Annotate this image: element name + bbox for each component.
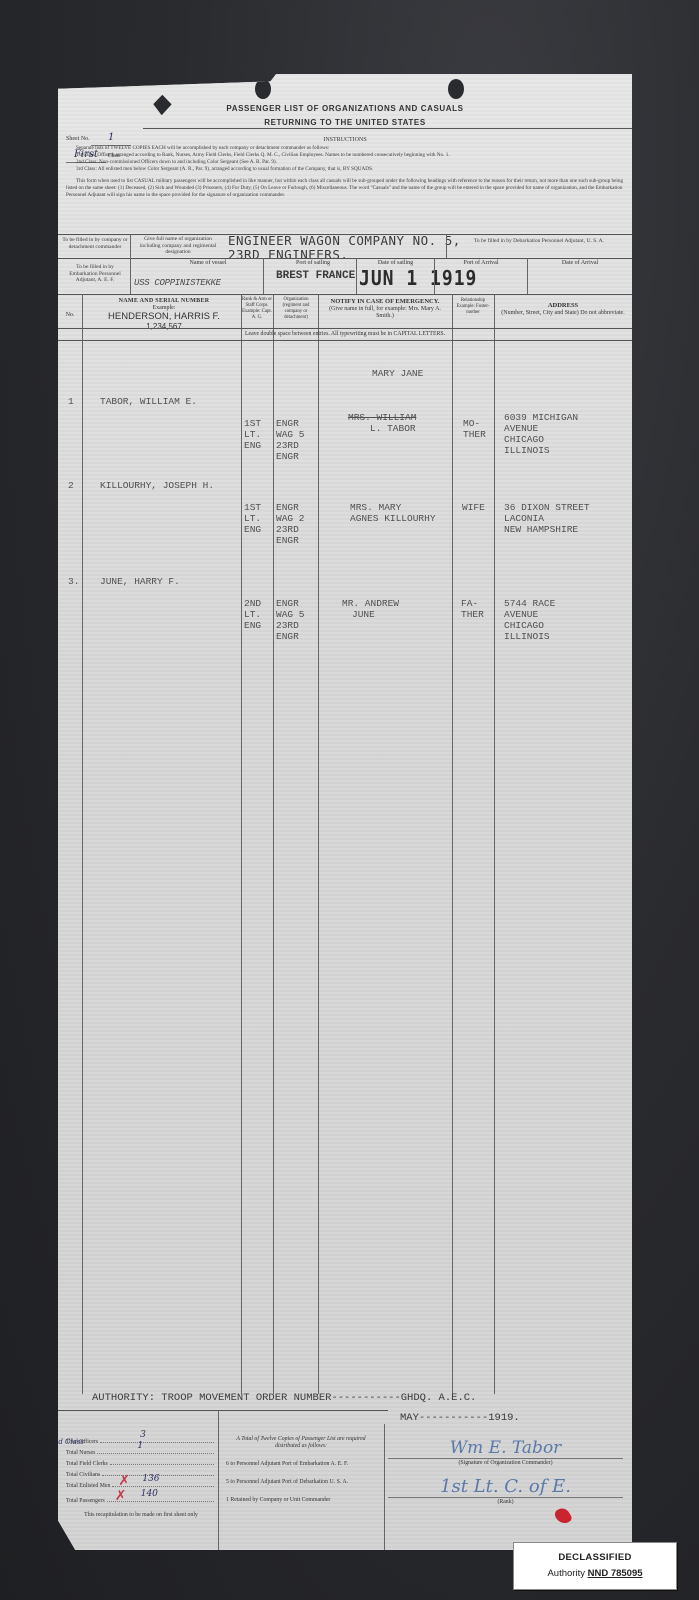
entry-organization: ENGRWAG 523RDENGR: [276, 576, 310, 664]
entry-number: 3.: [68, 576, 79, 587]
vessel-label: Name of vessel: [148, 260, 268, 267]
distribution-item-1: 6 to Personnel Adjutant Port of Embarkat…: [226, 1461, 376, 1468]
entry-number: 2: [68, 480, 74, 491]
total-passengers-label: Total Passengers: [66, 1496, 105, 1506]
entry-rank: 2NDLT.ENG: [244, 576, 278, 653]
column-header-name: NAME AND SERIAL NUMBER Example: HENDERSO…: [84, 298, 244, 331]
entry-relationship: FA-THER: [461, 576, 495, 642]
instructions-block: INSTRUCTIONS Separate lists of TWELVE CO…: [66, 137, 624, 199]
commander-rank: 1st Lt. C. of E.: [388, 1476, 623, 1497]
nurses-handwritten-note: 2nd Class: [49, 1437, 84, 1447]
authority-line: AUTHORITY: TROOP MOVEMENT ORDER NUMBER--…: [92, 1392, 476, 1404]
red-strike-mark: ✗: [118, 1476, 130, 1486]
entry-organization: ENGRWAG 223RDENGR: [276, 480, 310, 568]
total-civilians-label: Total Civilians: [66, 1470, 100, 1480]
notify-header-sub: (Give name in full, for example: Mrs. Ma…: [320, 306, 450, 320]
title-line-2: RETURNING TO THE UNITED STATES: [58, 118, 632, 127]
port-sailing-label: Port of sailing: [268, 260, 358, 267]
signature-label: (Signature of Organization Commander): [388, 1458, 623, 1466]
column-header-notify: NOTIFY IN CASE OF EMERGENCY. (Give name …: [320, 298, 450, 320]
instructions-para-2: 1st Class: Officers arranged according t…: [66, 152, 624, 159]
date-arrival-label: Date of Arrival: [530, 260, 630, 267]
notify-header-text: NOTIFY IN CASE OF EMERGENCY.: [320, 298, 450, 306]
passenger-list-document: Sheet No. 1 First Class PASSENGER LIST O…: [58, 74, 632, 1550]
punch-hole-left: [255, 79, 271, 99]
entry-address: 5744 RACEAVENUECHICAGOILLINOIS: [504, 576, 555, 664]
total-passengers-value: 140: [141, 1489, 158, 1499]
column-header-rank: Rank & Arm or Staff Corps. Example: Capt…: [242, 297, 272, 321]
instructions-para-4: 3rd Class: All enlisted men below Color …: [66, 166, 624, 173]
total-nurses-value: 1: [137, 1441, 143, 1451]
declassified-authority-value: NND 785095: [588, 1568, 643, 1579]
entry-relationship: WIFE: [462, 480, 496, 535]
entry-rank: 1STLT.ENG: [244, 396, 278, 473]
entry-name: TABOR, WILLIAM E.: [100, 396, 197, 407]
distribution-item-2: 5 to Personnel Adjutant Port of Debarkat…: [226, 1479, 376, 1486]
distribution-block: A Total of Twelve Copies of Passenger Li…: [226, 1436, 376, 1515]
org-name-line-1: ENGINEER WAGON COMPANY NO. 5,: [228, 234, 461, 248]
distribution-item-3: 1 Retained by Company or Unit Commander: [226, 1497, 376, 1504]
notify-correction: MARY JANE: [372, 368, 423, 379]
entry-name: JUNE, HARRY F.: [100, 576, 180, 587]
entry-relationship: MO-THER: [463, 396, 497, 462]
column-header-relationship: Relationship Example: Foster-mother: [454, 298, 492, 316]
totals-block: Total Officers3 Total Nurses2nd Class1 T…: [66, 1436, 216, 1519]
title-rule: [143, 128, 632, 129]
vessel-value: USS COPPINISTEKKE: [134, 278, 221, 288]
column-header-no: No.: [58, 312, 82, 319]
spacing-note: Leave double space between entries. All …: [58, 331, 632, 338]
column-header-organization: Organization (regiment and company or de…: [274, 297, 318, 321]
total-field-clerks-label: Total Field Clerks: [66, 1459, 108, 1469]
commander-signature: Wm E. Tabor: [388, 1438, 623, 1458]
filled-by-company-label: To be filled in by company or detachment…: [62, 237, 128, 250]
port-sailing-value: BREST FRANCE: [276, 270, 355, 282]
declassified-authority-label: Authority: [547, 1568, 585, 1579]
declassified-title: DECLASSIFIED: [514, 1552, 676, 1563]
rank-label: (Rank): [388, 1497, 623, 1505]
red-strike-mark: ✗: [115, 1491, 127, 1501]
instructions-para-3: 2nd Class: Non-commissioned Officers dow…: [66, 159, 624, 166]
title-line-1: PASSENGER LIST OF ORGANIZATIONS AND CASU…: [58, 104, 632, 113]
port-arrival-label: Port of Arrival: [436, 260, 526, 267]
entry-notify: MRS. MARYAGNES KILLOURHY: [350, 480, 436, 546]
entry-name: KILLOURHY, JOSEPH H.: [100, 480, 214, 491]
name-example-serial: 1,234,567: [84, 322, 244, 331]
total-enlisted-label: Total Enlisted Men: [66, 1481, 110, 1491]
signature-block: Wm E. Tabor (Signature of Organization C…: [388, 1434, 623, 1505]
entry-organization: ENGRWAG 523RDENGR: [276, 396, 310, 484]
entry-notify: MRS. WILLIAML. TABOR: [346, 390, 416, 456]
authority-date: MAY-----------1919.: [400, 1412, 520, 1424]
filled-by-debarkation-label: To be filled in by Debarkation Personnel…: [452, 238, 626, 245]
entry-notify: MR. ANDREWJUNE: [342, 576, 399, 642]
total-officers-value: 3: [140, 1430, 146, 1440]
column-header-address: ADDRESS (Number, Street, City and State)…: [498, 302, 628, 317]
recap-note: This recapitulation to be made on first …: [66, 1512, 216, 1519]
total-enlisted-value: 136: [142, 1474, 159, 1484]
date-sailing-stamp: JUN 1 1919: [359, 266, 477, 290]
punch-hole-right: [448, 79, 464, 99]
entry-address: 6039 MICHIGANAVENUECHICAGOILLINOIS: [504, 390, 578, 478]
entry-number: 1: [68, 396, 74, 407]
total-nurses-label: Total Nurses: [66, 1448, 95, 1458]
name-example: HENDERSON, HARRIS F.: [84, 312, 244, 322]
entry-rank: 1STLT.ENG: [244, 480, 278, 557]
entry-address: 36 DIXON STREETLACONIANEW HAMPSHIRE: [504, 480, 590, 557]
instructions-para-5: This form when used to list CASUAL milit…: [66, 178, 624, 199]
address-header-sub: (Number, Street, City and State) Do not …: [498, 310, 628, 317]
filled-by-embarkation-label: To be filled in by Embarkation Personnel…: [62, 264, 128, 284]
instructions-para-1: Separate lists of TWELVE COPIES EACH wil…: [66, 145, 624, 152]
instructions-heading: INSTRUCTIONS: [66, 137, 624, 144]
address-header-text: ADDRESS: [498, 302, 628, 310]
declassified-label: DECLASSIFIED Authority NND 785095: [513, 1542, 677, 1590]
distribution-heading: A Total of Twelve Copies of Passenger Li…: [226, 1436, 376, 1450]
give-full-name-label: Give full name of organization including…: [134, 236, 222, 256]
name-header-text: NAME AND SERIAL NUMBER: [84, 298, 244, 305]
